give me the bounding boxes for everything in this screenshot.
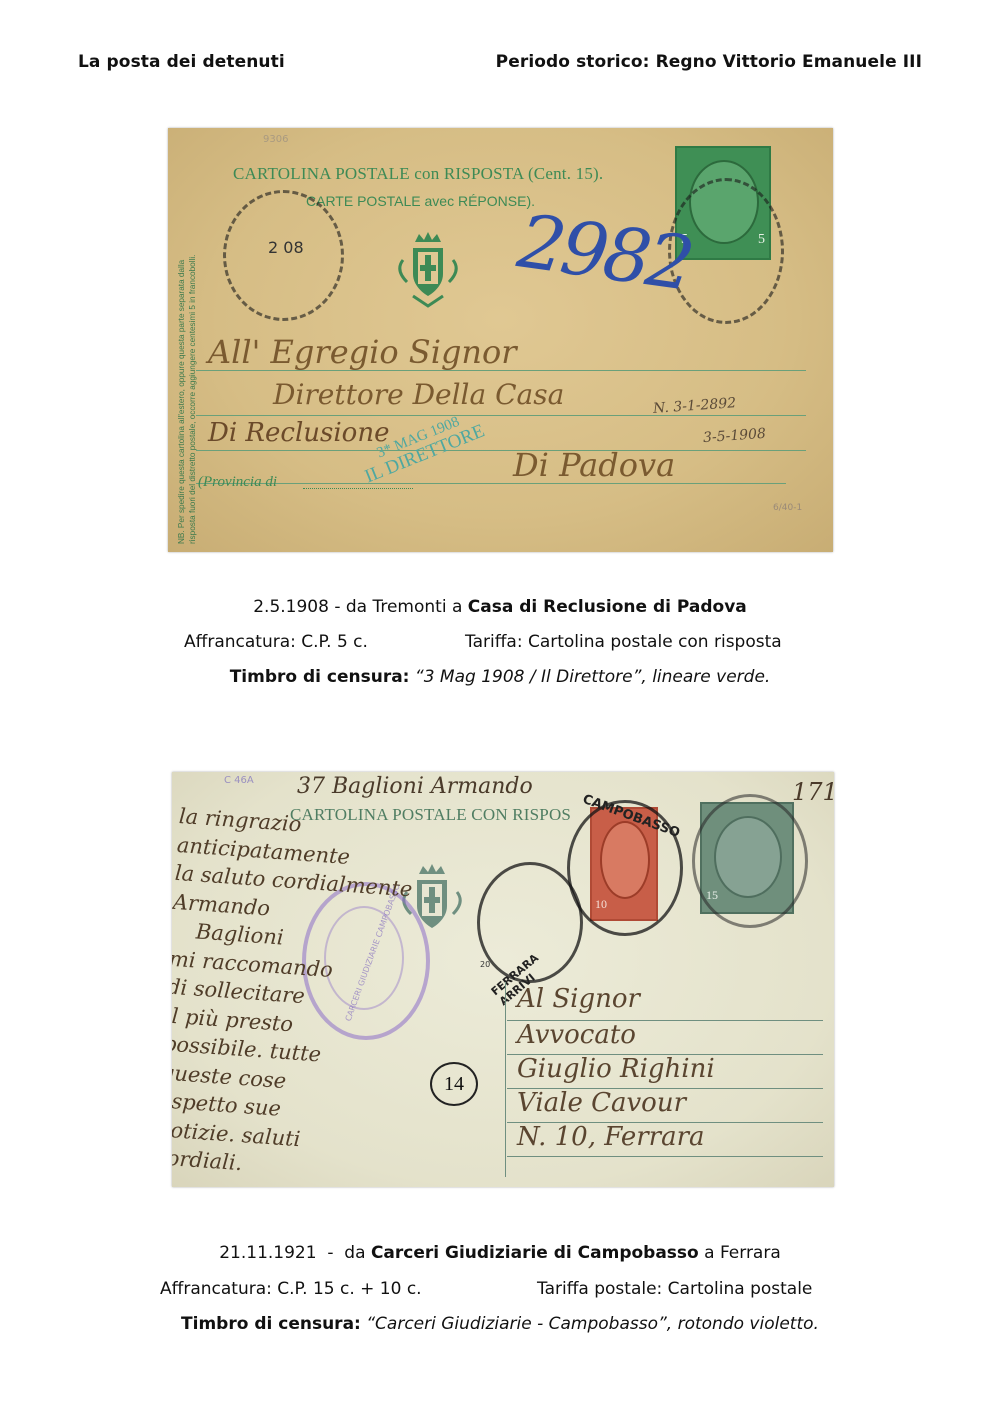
address-line-1: All' Egregio Signor (208, 333, 517, 371)
address-line-2: Avvocato (517, 1020, 636, 1050)
document-title: La posta dei detenuti (78, 52, 285, 72)
caption-1-route-prefix: - da Tremonti a (329, 597, 468, 617)
address-line-4: Di Padova (513, 446, 675, 484)
postmark-text: CAMPOBASSO (581, 792, 682, 841)
address-line-3: Di Reclusione (208, 418, 389, 448)
caption-1-censor-label: Timbro di censura: (230, 667, 410, 687)
pencil-code: C 46A (224, 775, 254, 786)
caption-1-route: 2.5.1908 - da Tremonti a Casa di Reclusi… (0, 597, 1000, 617)
caption-1-censor-text: “3 Mag 1908 / Il Direttore”, lineare ver… (409, 667, 770, 687)
circle-mark: 14 (430, 1062, 478, 1106)
printed-subtitle: CARTE POSTALE avec RÉPONSE). (306, 193, 535, 209)
corner-note: 6/40-1 (773, 503, 802, 513)
caption-2-route: 21.11.1921 - da Carceri Giudiziarie di C… (0, 1243, 1000, 1263)
caption-1-affrancatura: Affrancatura: C.P. 5 c. (184, 632, 368, 652)
caption-2-censor-text: “Carceri Giudiziarie - Campobasso”, roto… (361, 1314, 819, 1334)
postmark-date: 2 08 (268, 238, 304, 257)
caption-2-censor-label: Timbro di censura: (181, 1314, 361, 1334)
caption-2-origin: Carceri Giudiziarie di Campobasso (371, 1243, 699, 1263)
blue-registry-number: 2982 (513, 198, 696, 307)
registry-date: 3-5-1908 (703, 426, 767, 446)
province-label: (Provincia di (198, 474, 277, 491)
caption-1-tariffa: Tariffa: Cartolina postale con risposta (465, 632, 782, 652)
caption-1-censor: Timbro di censura: “3 Mag 1908 / Il Dire… (0, 667, 1000, 687)
address-line-2: Direttore Della Casa (273, 378, 564, 411)
caption-2-affrancatura: Affrancatura: C.P. 15 c. + 10 c. (160, 1279, 422, 1299)
side-note: NB. Per spedire questa cartolina all'est… (176, 134, 198, 544)
departure-postmark: CAMPOBASSO (567, 800, 683, 936)
caption-2-route-prefix: - da (317, 1243, 371, 1263)
historical-period: Periodo storico: Regno Vittorio Emanuele… (496, 52, 922, 72)
caption-2-date: 21.11.1921 (219, 1243, 316, 1263)
corner-number: 171 (792, 778, 834, 806)
printed-title: CARTOLINA POSTALE con RISPOSTA (Cent. 15… (233, 164, 603, 184)
small-number: 20 (480, 960, 490, 969)
departure-postmark: 2 08 (223, 190, 344, 321)
sender-line: 37 Baglioni Armando (297, 774, 533, 799)
registry-note: N. 3-1-2892 (653, 395, 737, 417)
second-postmark (692, 794, 808, 928)
caption-1-date: 2.5.1908 (253, 597, 329, 617)
coat-of-arms-icon (393, 230, 463, 310)
message-text: la ringrazio anticipatamente la saluto c… (172, 802, 417, 1187)
province-field (303, 488, 413, 489)
caption-2-route-suffix: a Ferrara (699, 1243, 781, 1263)
divider-line (505, 982, 506, 1177)
address-line-5: N. 10, Ferrara (517, 1122, 705, 1152)
address-line-3: Giuglio Righini (517, 1054, 715, 1084)
caption-2-censor: Timbro di censura: “Carceri Giudiziarie … (0, 1314, 1000, 1334)
caption-1-destination: Casa di Reclusione di Padova (468, 597, 747, 617)
postcard-image-1921: C 46A 37 Baglioni Armando 171 CARTOLINA … (172, 772, 834, 1187)
address-line-4: Viale Cavour (517, 1088, 686, 1118)
address-line-1: Al Signor (517, 984, 640, 1014)
caption-2-tariffa: Tariffa postale: Cartolina postale (537, 1279, 812, 1299)
pencil-code: 9306 (263, 134, 288, 145)
postcard-image-1908: NB. Per spedire questa cartolina all'est… (168, 128, 833, 552)
side-note-line-1: NB. Per spedire questa cartolina all'est… (176, 134, 187, 544)
arrival-postmark: FERRARA ARRIVI (477, 862, 583, 983)
